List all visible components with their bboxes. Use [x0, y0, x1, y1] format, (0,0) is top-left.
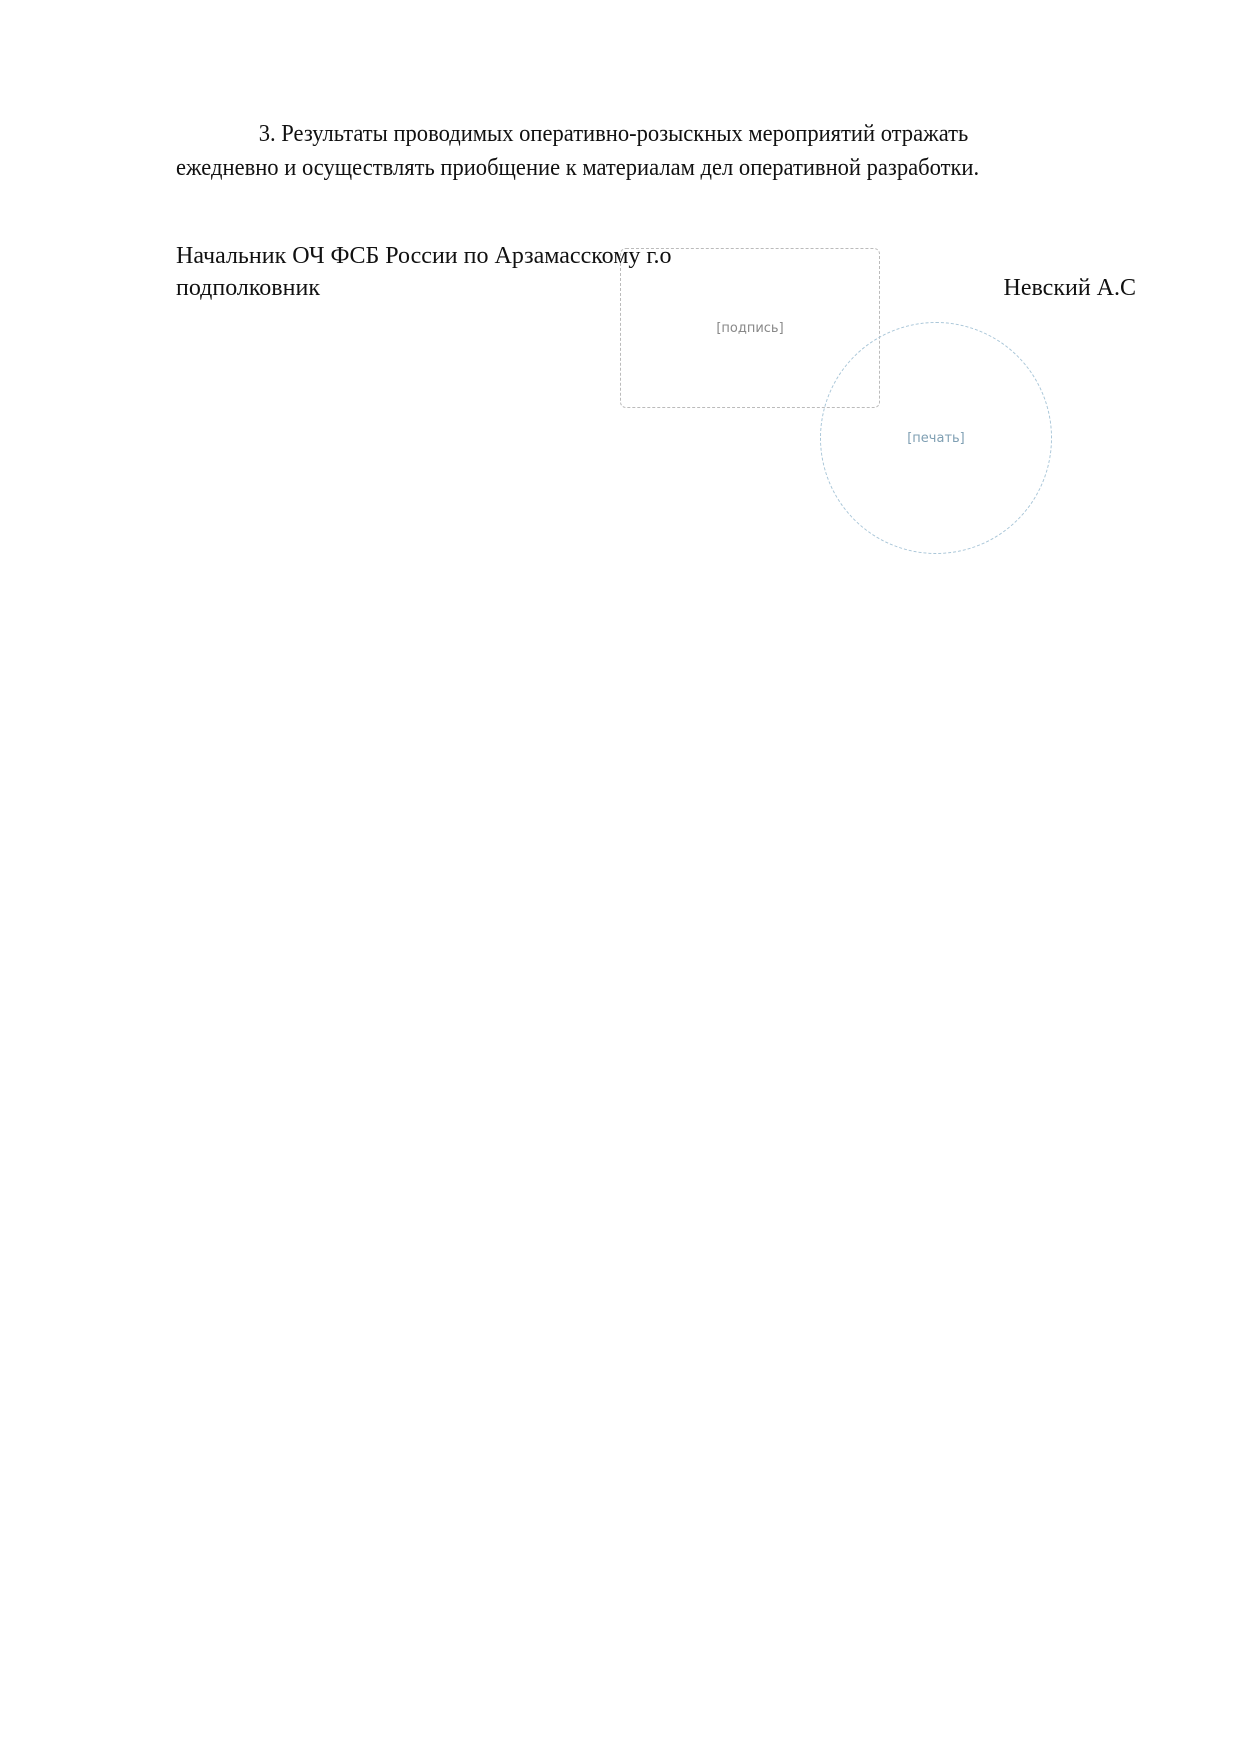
body-paragraph-3: 3. Результаты проводимых оперативно-розы… — [176, 117, 1022, 185]
paragraph-line: ежедневно и осуществлять приобщение к ма… — [176, 151, 1022, 185]
paragraph-line: 3. Результаты проводимых оперативно-розы… — [176, 117, 1022, 151]
document-page: 3. Результаты проводимых оперативно-розы… — [0, 0, 1241, 1755]
signer-name: Невский А.С — [1003, 272, 1136, 304]
stamp-placeholder: [печать] — [820, 322, 1052, 554]
